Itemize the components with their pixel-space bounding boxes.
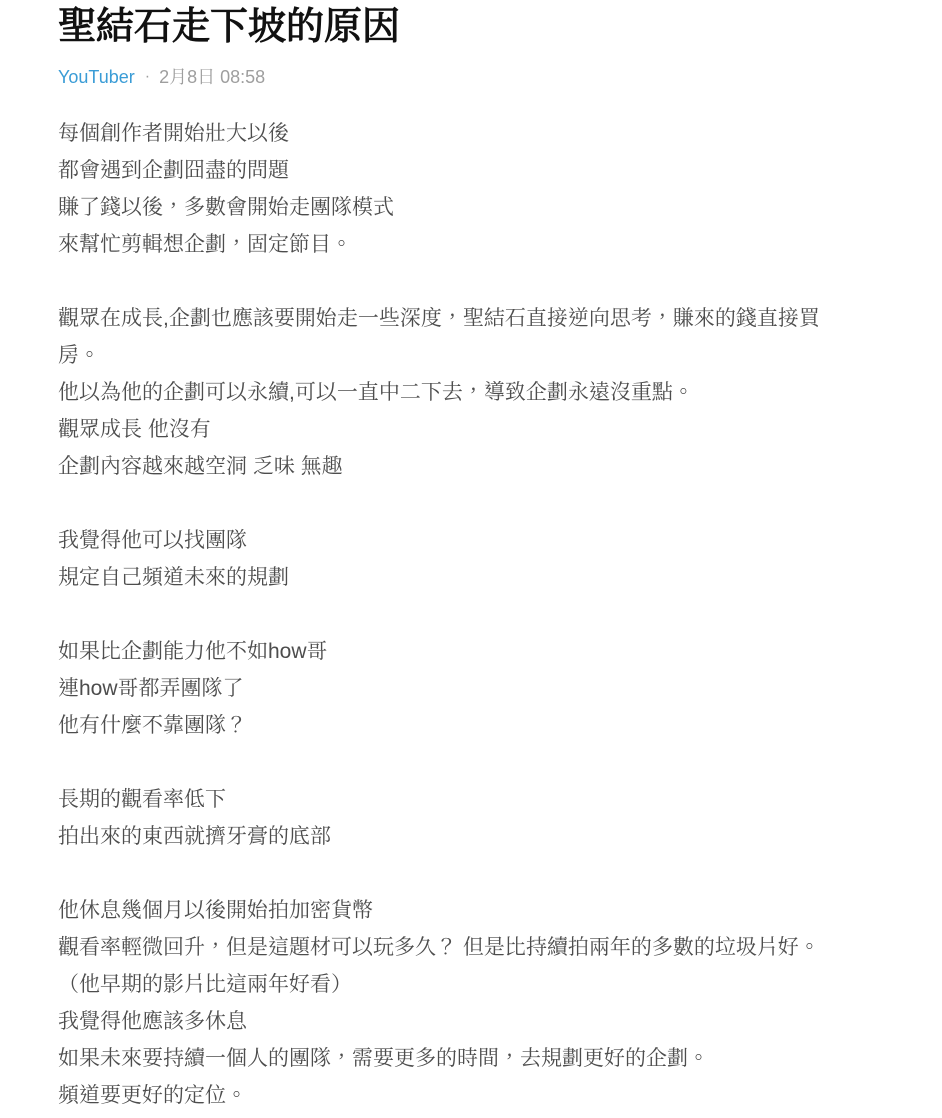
body-line: 他以為他的企劃可以永續,可以一直中二下去，導致企劃永遠沒重點。 — [58, 374, 858, 411]
post-body: 每個創作者開始壯大以後都會遇到企劃囧盡的問題賺了錢以後，多數會開始走團隊模式來幫… — [58, 115, 858, 1114]
body-line: 連how哥都弄團隊了 — [58, 670, 858, 707]
body-line: 我覺得他應該多休息 — [58, 1003, 858, 1040]
post: 聖結石走下坡的原因 YouTuber · 2月8日 08:58 每個創作者開始壯… — [0, 0, 942, 1114]
body-line: 規定自己頻道未來的規劃 — [58, 559, 858, 596]
body-line: 賺了錢以後，多數會開始走團隊模式 — [58, 189, 858, 226]
body-line: 頻道要更好的定位。 — [58, 1077, 858, 1114]
body-line: 他休息幾個月以後開始拍加密貨幣 — [58, 892, 858, 929]
body-line: 都會遇到企劃囧盡的問題 — [58, 152, 858, 189]
post-timestamp: 2月8日 08:58 — [159, 65, 265, 89]
forum-link[interactable]: YouTuber — [58, 65, 135, 89]
body-line: 如果未來要持續一個人的團隊，需要更多的時間，去規劃更好的企劃。 — [58, 1040, 858, 1077]
body-line: 每個創作者開始壯大以後 — [58, 115, 858, 152]
blank-line — [58, 855, 858, 892]
body-line: 觀眾成長 他沒有 — [58, 411, 858, 448]
post-meta: YouTuber · 2月8日 08:58 — [58, 65, 884, 89]
body-line: 觀看率輕微回升，但是這題材可以玩多久？ 但是比持續拍兩年的多數的垃圾片好。 — [58, 929, 858, 966]
meta-separator: · — [145, 65, 150, 89]
blank-line — [58, 485, 858, 522]
body-line: （他早期的影片比這兩年好看） — [58, 966, 858, 1003]
blank-line — [58, 263, 858, 300]
post-title: 聖結石走下坡的原因 — [58, 6, 884, 48]
body-line: 拍出來的東西就擠牙膏的底部 — [58, 818, 858, 855]
blank-line — [58, 744, 858, 781]
body-line: 長期的觀看率低下 — [58, 781, 858, 818]
blank-line — [58, 596, 858, 633]
body-line: 我覺得他可以找團隊 — [58, 522, 858, 559]
body-line: 來幫忙剪輯想企劃，固定節目。 — [58, 226, 858, 263]
body-line: 觀眾在成長,企劃也應該要開始走一些深度，聖結石直接逆向思考，賺來的錢直接買房。 — [58, 300, 858, 374]
body-line: 他有什麼不靠團隊？ — [58, 707, 858, 744]
body-line: 企劃內容越來越空洞 乏味 無趣 — [58, 448, 858, 485]
body-line: 如果比企劃能力他不如how哥 — [58, 633, 858, 670]
